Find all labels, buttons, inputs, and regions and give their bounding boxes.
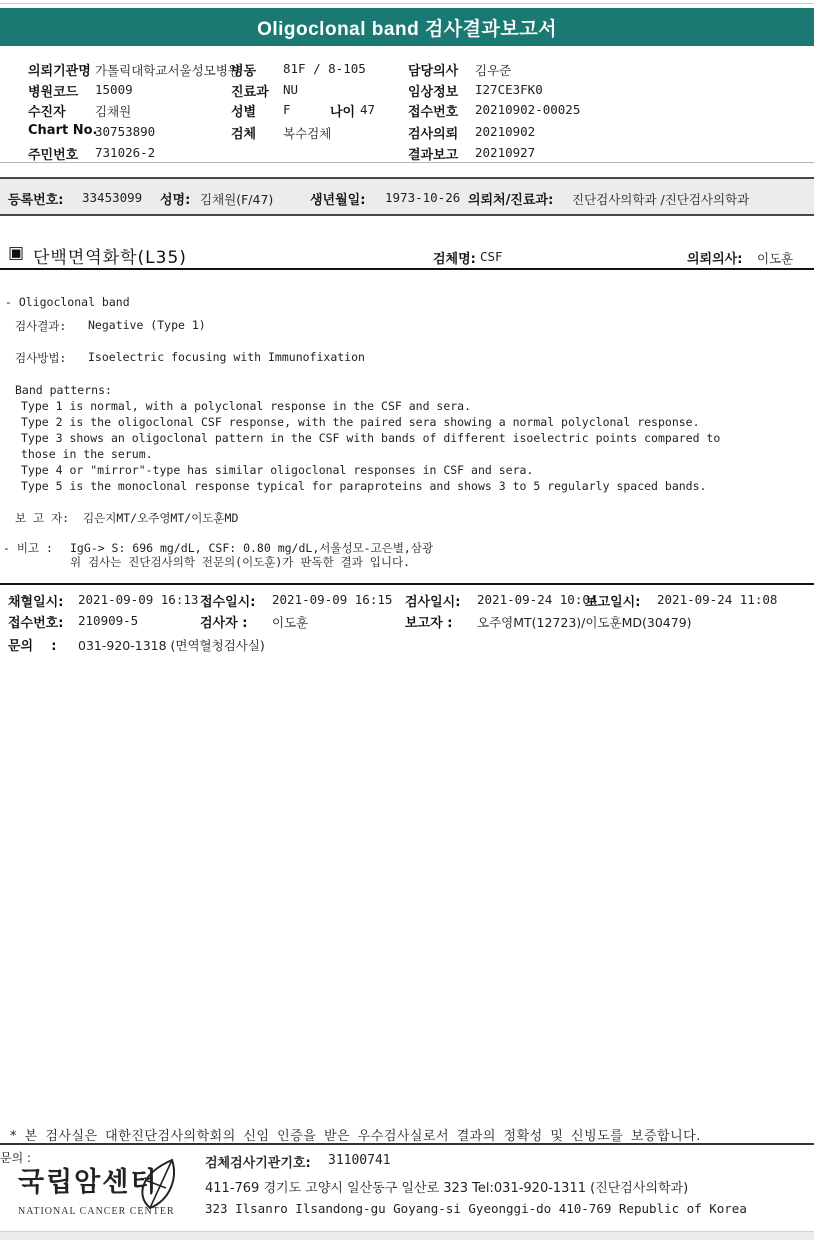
- ncc-leaf-icon: [132, 1158, 178, 1210]
- section-specimen-label: 검체명:: [433, 248, 476, 267]
- band-pattern-line: Type 1 is normal, with a polyclonal resp…: [21, 399, 471, 413]
- bottom-strip: [0, 1231, 814, 1240]
- report-time-label: 보고일시:: [585, 591, 640, 610]
- top-hairline: [0, 3, 814, 4]
- inquiry-value: 031-920-1318 (면역혈청검사실): [78, 636, 265, 654]
- band-pattern-line: Type 4 or "mirror"-type has similar olig…: [21, 463, 533, 477]
- dates-divider: [0, 583, 814, 585]
- note-line2: 위 검사는 진단검사의학 전문의(이도훈)가 판독한 결과 입니다.: [70, 554, 410, 570]
- band-pattern-line: Type 3 shows an oligoclonal pattern in t…: [21, 431, 720, 445]
- patient-label: 수진자: [28, 101, 66, 120]
- sex-value: F: [283, 102, 291, 117]
- accession-label: 접수번호:: [8, 612, 63, 631]
- reporter2-label: 보고자 :: [405, 612, 452, 631]
- draw-time-value: 2021-09-09 16:13: [78, 592, 198, 607]
- footer-address-en: 323 Ilsanro Ilsandong-gu Goyang-si Gyeon…: [205, 1201, 747, 1216]
- regbar-name-label: 성명:: [160, 189, 190, 208]
- receipt-time-value: 2021-09-09 16:15: [272, 592, 392, 607]
- chart-value: 30753890: [95, 124, 155, 139]
- specimen-label: 검체: [231, 123, 256, 142]
- report-title: Oligoclonal band 검사결과보고서: [257, 14, 557, 41]
- test-time-label: 검사일시:: [405, 591, 460, 610]
- draw-time-label: 채혈일시:: [8, 591, 63, 610]
- age-value: 47: [360, 102, 375, 117]
- inquiry-label: 문의 :: [8, 635, 56, 654]
- org-code-label: 검체검사기관기호:: [205, 1152, 311, 1171]
- reporter2-value: 오주영MT(12723)/이도훈MD(30479): [477, 613, 692, 631]
- method-value: Isoelectric focusing with Immunofixation: [88, 350, 365, 364]
- doctor-label: 담당의사: [408, 60, 458, 79]
- dept-label: 진료과: [231, 81, 269, 100]
- ward-value: 81F / 8-105: [283, 61, 366, 76]
- section-underline: [0, 268, 814, 270]
- resident-value: 731026-2: [95, 145, 155, 160]
- resident-label: 주민번호: [28, 144, 78, 163]
- org-label: 의뢰기관명: [28, 60, 91, 79]
- regbar-dept-value: 진단검사의학과 /진단검사의학과: [572, 190, 749, 208]
- request-label: 검사의뢰: [408, 123, 458, 142]
- band-pattern-line: Type 5 is the monoclonal response typica…: [21, 479, 706, 493]
- reporter-value: 김은지MT/오주영MT/이도훈MD: [83, 510, 238, 526]
- test-time-value: 2021-09-24 10:04: [477, 592, 597, 607]
- section-refdoc-label: 의뢰의사:: [687, 248, 742, 267]
- request-value: 20210902: [475, 124, 535, 139]
- lab-report-page: { "header": { "title": "Oligoclonal band…: [0, 0, 814, 1240]
- org-value: 가톨릭대학교서울성모병원: [95, 61, 240, 79]
- section-title: 단백면역화학(L35): [33, 243, 187, 268]
- regbar-regno-label: 등록번호:: [8, 189, 63, 208]
- regbar-dept-label: 의뢰처/진료과:: [468, 189, 553, 208]
- info-divider: [0, 162, 814, 163]
- section-marker-icon: ▣: [8, 243, 25, 263]
- org-code-value: 31100741: [328, 1153, 391, 1168]
- result-label: 검사결과:: [15, 318, 66, 334]
- report-date-label: 결과보고: [408, 144, 458, 163]
- recno-value: 20210902-00025: [475, 102, 580, 117]
- tester-label: 검사자 :: [200, 612, 247, 631]
- registration-bar: 등록번호: 33453099 성명: 김채원(F/47) 생년월일: 1973-…: [0, 177, 814, 216]
- recno-label: 접수번호: [408, 101, 458, 120]
- footer-address-kr: 411-769 경기도 고양시 일산동구 일산로 323 Tel:031-920…: [205, 1177, 688, 1196]
- section-specimen-value: CSF: [480, 249, 503, 264]
- reporter-label: 보 고 자:: [15, 510, 69, 526]
- note-label: - 비고 :: [3, 540, 53, 556]
- receipt-time-label: 접수일시:: [200, 591, 255, 610]
- footer-divider: [0, 1143, 814, 1145]
- regbar-birth-label: 생년월일:: [310, 189, 365, 208]
- hospcode-value: 15009: [95, 82, 133, 97]
- regbar-regno-value: 33453099: [82, 190, 142, 205]
- sex-label: 성별: [231, 101, 256, 120]
- patient-value: 김채원: [95, 102, 131, 120]
- regbar-name-value: 김채원(F/47): [200, 190, 273, 208]
- certification-note: * 본 검사실은 대한진단검사의학회의 신임 인증을 받은 우수검사실로서 결과…: [10, 1125, 701, 1144]
- band-pattern-line: Type 2 is the oligoclonal CSF response, …: [21, 415, 700, 429]
- method-label: 검사방법:: [15, 350, 66, 366]
- report-time-value: 2021-09-24 11:08: [657, 592, 777, 607]
- band-pattern-line: those in the serum.: [21, 447, 153, 461]
- specimen-value: 복수검체: [283, 124, 331, 142]
- result-value: Negative (Type 1): [88, 318, 206, 332]
- test-name: - Oligoclonal band: [5, 295, 130, 309]
- age-label: 나이: [330, 101, 355, 120]
- report-title-bar: Oligoclonal band 검사결과보고서: [0, 8, 814, 46]
- chart-label: Chart No.: [28, 123, 97, 138]
- section-refdoc-value: 이도훈: [757, 249, 793, 267]
- dept-value: NU: [283, 82, 298, 97]
- accession-value: 210909-5: [78, 613, 138, 628]
- clinical-value: I27CE3FK0: [475, 82, 543, 97]
- tester-value: 이도훈: [272, 613, 308, 631]
- ward-label: 병동: [231, 60, 256, 79]
- doctor-value: 김우준: [475, 61, 511, 79]
- hospcode-label: 병원코드: [28, 81, 78, 100]
- band-patterns-title: Band patterns:: [15, 383, 112, 397]
- report-date-value: 20210927: [475, 145, 535, 160]
- regbar-birth-value: 1973-10-26: [385, 190, 460, 205]
- clinical-label: 임상정보: [408, 81, 458, 100]
